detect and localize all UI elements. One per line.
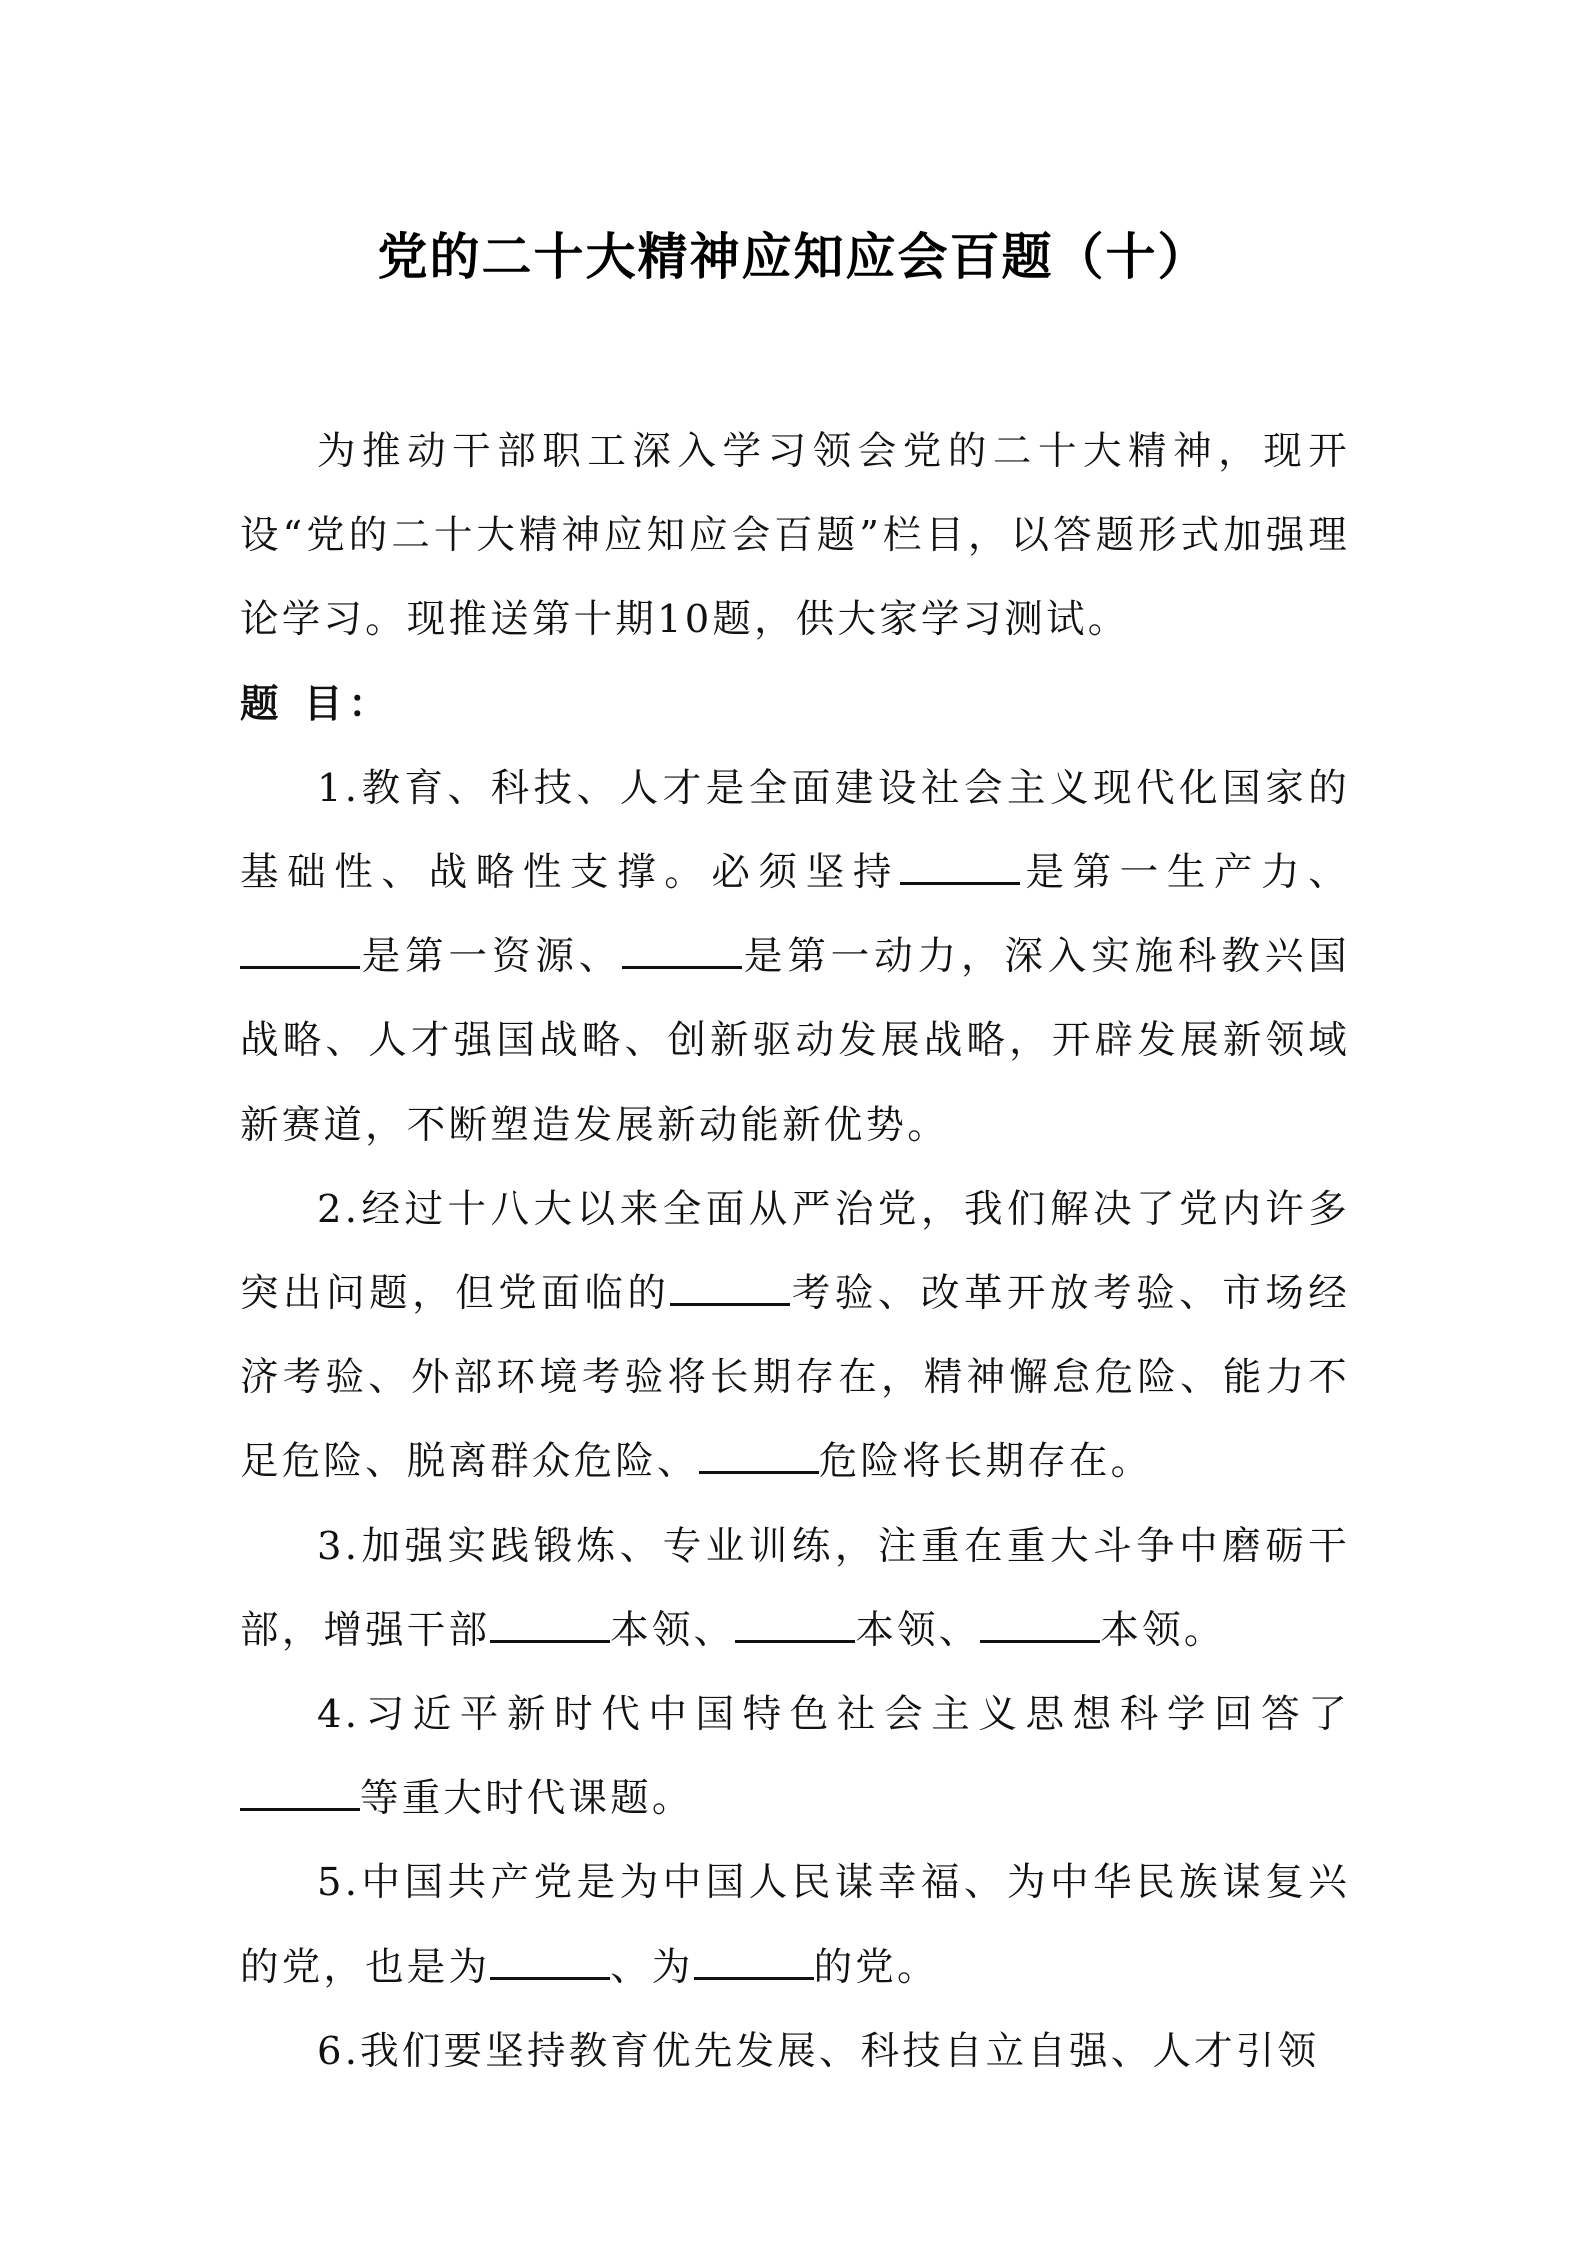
answer-blank [240, 936, 360, 969]
document-page: 党的二十大精神应知应会百题（十） 为推动干部职工深入学习领会党的二十大精神，现开… [0, 0, 1587, 2245]
question-text: 的党。 [814, 1945, 939, 1990]
question-text: 是第一生产力、 [1020, 850, 1350, 895]
question-text: 是第一资源、 [360, 934, 622, 979]
question-number: 5. [317, 1860, 360, 1905]
question-number: 6. [317, 2029, 360, 2074]
question-text: 危险将长期存在。 [819, 1439, 1153, 1484]
document-body: 为推动干部职工深入学习领会党的二十大精神，现开设“党的二十大精神应知应会百题”栏… [240, 410, 1350, 2094]
answer-blank [699, 1441, 819, 1474]
question-number: 3. [317, 1524, 360, 1569]
question-list: 1.教育、科技、人才是全面建设社会主义现代化国家的基础性、战略性支撑。必须坚持是… [240, 747, 1350, 2094]
document-title: 党的二十大精神应知应会百题（十） [0, 222, 1587, 292]
section-heading: 题 目： [240, 663, 1350, 747]
question-item: 2.经过十八大以来全面从严治党，我们解决了党内许多突出问题，但党面临的考验、改革… [240, 1168, 1350, 1505]
answer-blank [622, 936, 742, 969]
answer-blank [980, 1610, 1100, 1643]
question-text: 本领、 [855, 1608, 980, 1653]
question-number: 1. [317, 766, 360, 811]
question-text: 等重大时代课题。 [360, 1776, 694, 1821]
answer-blank [900, 852, 1020, 885]
question-item: 4.习近平新时代中国特色社会主义思想科学回答了等重大时代课题。 [240, 1673, 1350, 1841]
answer-blank [240, 1778, 360, 1811]
answer-blank [694, 1947, 814, 1980]
question-item: 1.教育、科技、人才是全面建设社会主义现代化国家的基础性、战略性支撑。必须坚持是… [240, 747, 1350, 1168]
question-text: 习近平新时代中国特色社会主义思想科学回答了 [360, 1692, 1350, 1737]
question-text: 我们要坚持教育优先发展、科技自立自强、人才引领 [360, 2029, 1319, 2074]
intro-paragraph: 为推动干部职工深入学习领会党的二十大精神，现开设“党的二十大精神应知应会百题”栏… [240, 410, 1350, 663]
question-text: 、为 [610, 1945, 693, 1990]
question-text: 本领。 [1100, 1608, 1225, 1653]
answer-blank [490, 1610, 610, 1643]
answer-blank [670, 1273, 790, 1306]
answer-blank [735, 1610, 855, 1643]
answer-blank [490, 1947, 610, 1980]
question-item: 3.加强实践锻炼、专业训练，注重在重大斗争中磨砺干部，增强干部本领、本领、本领。 [240, 1505, 1350, 1673]
question-item: 5.中国共产党是为中国人民谋幸福、为中华民族谋复兴的党，也是为、为的党。 [240, 1841, 1350, 2009]
question-item: 6.我们要坚持教育优先发展、科技自立自强、人才引领 [240, 2010, 1350, 2094]
question-text: 本领、 [610, 1608, 735, 1653]
question-number: 4. [317, 1692, 360, 1737]
question-number: 2. [317, 1187, 360, 1232]
